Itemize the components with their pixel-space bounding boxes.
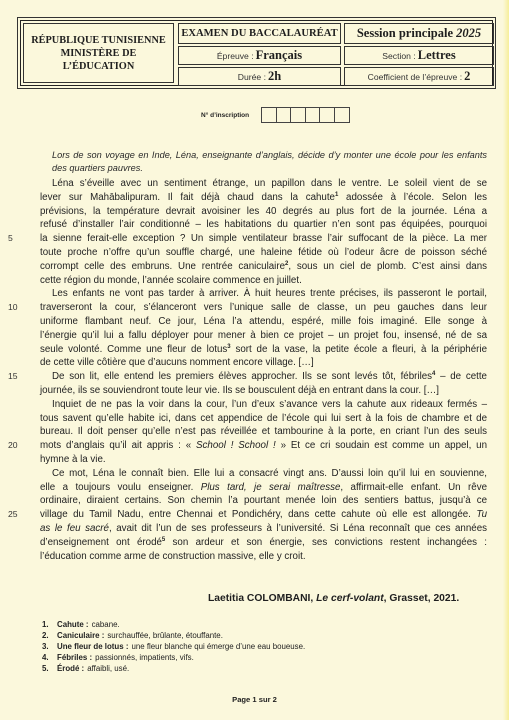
footnote-definition: cabane. bbox=[92, 619, 120, 630]
coefficient-label: Coefficient de l’épreuve : bbox=[368, 72, 462, 82]
line-number: 5 bbox=[8, 232, 13, 246]
text-run: elle a toujours voulu enseigner. bbox=[40, 482, 201, 493]
italic-quote: as le feu sacré bbox=[40, 523, 109, 534]
text-run: cette région du monde, l’année scolaire … bbox=[40, 275, 302, 286]
footnote-item: 4.Fébriles :passionnés, impatients, vifs… bbox=[42, 652, 305, 663]
text-line: corrompt celle des embruns. Une rentrée … bbox=[40, 260, 487, 274]
duration-label: Durée : bbox=[238, 72, 266, 82]
text-line: uniforme flambant neuf. Ce jour, Léna l’… bbox=[40, 315, 487, 329]
text-run: , affirmait-elle enfant. Un rêve bbox=[340, 482, 487, 493]
text-line: as le feu sacré, avait dit l’un de ses p… bbox=[40, 522, 487, 536]
exam-title: EXAMEN DU BACCALAURÉAT bbox=[178, 23, 341, 44]
main-text: Léna s’éveille avec un sentiment étrange… bbox=[40, 177, 487, 563]
text-line: 15De son lit, elle entend les premiers é… bbox=[40, 370, 487, 384]
footnote-definition: surchauffée, brûlante, étouffante. bbox=[107, 630, 223, 641]
page-number: Page 1 sur 2 bbox=[0, 695, 509, 704]
footnote-definition: passionnés, impatients, vifs. bbox=[95, 652, 194, 663]
text-run: son ardeur et son énergie, ses convictio… bbox=[165, 537, 487, 548]
footnote-number: 1. bbox=[42, 619, 57, 630]
text-run: adossée à l’école. Selon les bbox=[338, 192, 487, 203]
text-line: l’éducation comme arme de construction m… bbox=[40, 550, 487, 564]
text-line: elle a toujours voulu enseigner. Plus ta… bbox=[40, 481, 487, 495]
text-run: prévisions, la température devrait avois… bbox=[40, 206, 487, 217]
text-run: De son lit, elle entend les premiers élè… bbox=[52, 371, 432, 382]
text-run: refusé d’installer l’air conditionné – l… bbox=[40, 219, 487, 230]
line-number: 20 bbox=[8, 439, 18, 453]
text-run: tous savent qu’elle habite ici, dans cet… bbox=[40, 413, 487, 424]
inscription-boxes[interactable] bbox=[261, 107, 350, 123]
footnote-number: 3. bbox=[42, 641, 57, 652]
citation-author: Laetitia COLOMBANI, bbox=[208, 593, 316, 604]
text-run: ordinaire, diraient certains. Son chemin… bbox=[40, 495, 487, 506]
text-line: refusé d’installer l’air conditionné – l… bbox=[40, 218, 487, 232]
text-line: seule volonté. Comme une fleur de lotus3… bbox=[40, 343, 487, 357]
footnotes: 1.Cahute :cabane.2.Caniculaire :surchauf… bbox=[42, 619, 305, 674]
text-line: 20mots d’anglais qu’il ait appris : « Sc… bbox=[40, 439, 487, 453]
inscription-label: N° d’inscription bbox=[201, 112, 249, 119]
ministry-name: MINISTÈRE DE L’ÉDUCATION bbox=[24, 47, 173, 73]
text-line: cette région du monde, l’année scolaire … bbox=[40, 274, 487, 288]
citation-title: Le cerf-volant bbox=[316, 593, 384, 604]
text-run: , avait dit l’un de ses professeurs à l’… bbox=[109, 523, 487, 534]
footnote-term: Érodé : bbox=[57, 663, 84, 674]
section-label: Section : bbox=[382, 51, 415, 61]
text-line: 5la sienne ferait-elle exception ? Un si… bbox=[40, 232, 487, 246]
text-run: Inquiet de ne pas la voir dans la cour, … bbox=[52, 399, 487, 410]
inscription-digit-box[interactable] bbox=[277, 108, 292, 122]
session-label: Session principale bbox=[357, 26, 453, 41]
text-run: traverseront la cour, s’élanceront vers … bbox=[40, 302, 487, 313]
text-line: 10traverseront la cour, s’élanceront ver… bbox=[40, 301, 487, 315]
footnote-term: Caniculaire : bbox=[57, 630, 104, 641]
footnote-term: Une fleur de lotus : bbox=[57, 641, 128, 652]
text-run: toute proche n’offre qu’un souffle charg… bbox=[40, 247, 487, 258]
footnote-definition: une fleur blanche qui émerge d’une eau b… bbox=[131, 641, 305, 652]
text-run: uniforme flambant neuf. Ce jour, Léna l’… bbox=[40, 316, 487, 327]
text-line: Ce mot, Léna le connaît bien. Elle lui a… bbox=[40, 467, 487, 481]
text-run: l’éducation comme arme de construction m… bbox=[40, 551, 306, 562]
text-run: l’énergie qu’il lui a fallu déployer pou… bbox=[40, 330, 487, 341]
text-run: la sienne ferait-elle exception ? Un sim… bbox=[40, 233, 487, 244]
footnote-term: Cahute : bbox=[57, 619, 89, 630]
coefficient-value: 2 bbox=[464, 69, 470, 84]
text-line: Léna s’éveille avec un sentiment étrange… bbox=[40, 177, 487, 191]
coefficient-cell: Coefficient de l’épreuve : 2 bbox=[344, 67, 494, 86]
text-run: de cette ville côtière que d’aucuns nomm… bbox=[40, 357, 314, 368]
citation-publisher: , Grasset, 2021. bbox=[384, 593, 460, 604]
footnote-number: 4. bbox=[42, 652, 57, 663]
text-run: Léna s’éveille avec un sentiment étrange… bbox=[52, 178, 487, 189]
footnote-number: 5. bbox=[42, 663, 57, 674]
text-line: Les enfants ne vont pas tarder à arriver… bbox=[40, 287, 487, 301]
text-run: mots d’anglais qu’il ait appris : « bbox=[40, 440, 196, 451]
inscription-digit-box[interactable] bbox=[320, 108, 335, 122]
text-line: de cette ville côtière que d’aucuns nomm… bbox=[40, 356, 487, 370]
footnote-number: 2. bbox=[42, 630, 57, 641]
page-edge bbox=[503, 0, 509, 720]
session-cell: Session principale 2025 bbox=[344, 23, 494, 44]
text-run: village du Tamil Nadu, entre Chennai et … bbox=[40, 509, 476, 520]
text-line: lever sur Mahābalipuram. Il fait déjà ch… bbox=[40, 191, 487, 205]
italic-quote: School ! School ! bbox=[196, 440, 276, 451]
text-run: hymne à la vie. bbox=[40, 454, 106, 465]
text-line: l’énergie qu’il lui a fallu déployer pou… bbox=[40, 329, 487, 343]
session-year: 2025 bbox=[456, 26, 481, 41]
text-run: – de cette bbox=[435, 371, 487, 382]
footnote-item: 5.Érodé :affaibli, usé. bbox=[42, 663, 305, 674]
duration-value: 2h bbox=[268, 69, 281, 84]
text-run: lever sur Mahābalipuram. Il fait déjà ch… bbox=[40, 192, 335, 203]
inscription-digit-box[interactable] bbox=[291, 108, 306, 122]
intro-paragraph: Lors de son voyage en Inde, Léna, enseig… bbox=[52, 149, 487, 175]
line-number: 15 bbox=[8, 370, 18, 384]
footnote-item: 2.Caniculaire :surchauffée, brûlante, ét… bbox=[42, 630, 305, 641]
text-run: , sous un ciel de plomb. C’est ainsi dan… bbox=[288, 261, 487, 272]
text-line: ordinaire, diraient certains. Son chemin… bbox=[40, 494, 487, 508]
subject-cell: Épreuve : Français bbox=[178, 46, 341, 65]
text-run: Ce mot, Léna le connaît bien. Elle lui a… bbox=[52, 468, 487, 479]
text-line: Inquiet de ne pas la voir dans la cour, … bbox=[40, 398, 487, 412]
footnote-term: Fébriles : bbox=[57, 652, 92, 663]
text-line: 25village du Tamil Nadu, entre Chennai e… bbox=[40, 508, 487, 522]
text-run: corrompt celle des embruns. Une rentrée … bbox=[40, 261, 285, 272]
text-line: tous savent qu’elle habite ici, dans cet… bbox=[40, 412, 487, 426]
line-number: 10 bbox=[8, 301, 18, 315]
text-line: hymne à la vie. bbox=[40, 453, 487, 467]
duration-cell: Durée : 2h bbox=[178, 67, 341, 86]
footnote-item: 1.Cahute :cabane. bbox=[42, 619, 305, 630]
text-run: journée, ils se souviendront toute leur … bbox=[40, 385, 439, 396]
text-line: d’enseignement ont érodé5 son ardeur et … bbox=[40, 536, 487, 550]
text-run: » Et ce cri soudain est comme un appel, … bbox=[276, 440, 487, 451]
exam-header: RÉPUBLIQUE TUNISIENNE MINISTÈRE DE L’ÉDU… bbox=[17, 17, 496, 89]
inscription-digit-box[interactable] bbox=[335, 108, 350, 122]
republic-name: RÉPUBLIQUE TUNISIENNE bbox=[31, 34, 166, 47]
inscription-number: N° d’inscription bbox=[201, 107, 350, 123]
subject-value: Français bbox=[256, 48, 303, 63]
italic-quote: Tu bbox=[476, 509, 487, 520]
text-run: d’enseignement ont érodé bbox=[40, 537, 162, 548]
text-run: Les enfants ne vont pas tarder à arriver… bbox=[52, 288, 487, 299]
institution-cell: RÉPUBLIQUE TUNISIENNE MINISTÈRE DE L’ÉDU… bbox=[23, 23, 174, 83]
section-cell: Section : Lettres bbox=[344, 46, 494, 65]
text-run: sort de la vase, la petite école a fleur… bbox=[231, 344, 487, 355]
italic-quote: Plus tard, je serai maîtresse bbox=[201, 482, 341, 493]
line-number: 25 bbox=[8, 508, 18, 522]
text-run: bureau. Il doit penser qu’elle n’est pas… bbox=[40, 426, 487, 437]
text-line: toute proche n’offre qu’un souffle charg… bbox=[40, 246, 487, 260]
citation: Laetitia COLOMBANI, Le cerf-volant, Gras… bbox=[208, 593, 459, 604]
footnote-definition: affaibli, usé. bbox=[87, 663, 129, 674]
text-run: seule volonté. Comme une fleur de lotus bbox=[40, 344, 227, 355]
footnote-item: 3.Une fleur de lotus :une fleur blanche … bbox=[42, 641, 305, 652]
inscription-digit-box[interactable] bbox=[306, 108, 321, 122]
text-line: prévisions, la température devrait avois… bbox=[40, 205, 487, 219]
inscription-digit-box[interactable] bbox=[262, 108, 277, 122]
section-value: Lettres bbox=[418, 48, 456, 63]
text-line: journée, ils se souviendront toute leur … bbox=[40, 384, 487, 398]
subject-label: Épreuve : bbox=[217, 51, 254, 61]
text-line: bureau. Il doit penser qu’elle n’est pas… bbox=[40, 425, 487, 439]
